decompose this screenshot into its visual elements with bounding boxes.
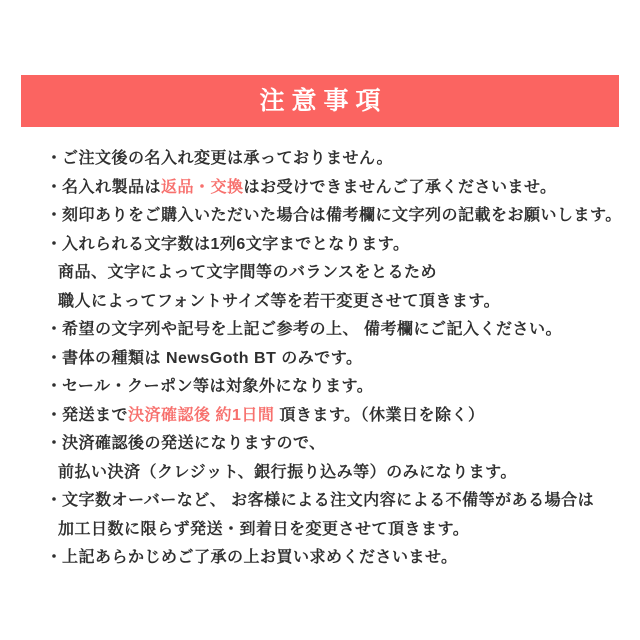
notice-text: 発送まで (62, 408, 128, 424)
notice-text: 入れられる文字数は1列6文字までとなります。 (62, 237, 410, 253)
notice-header-banner: 注意事項 (21, 75, 619, 127)
notice-item: ・名入れ製品は返品・交換はお受けできませんご了承くださいませ。 (46, 174, 621, 203)
notice-text: 商品、文字によって文字間等のバランスをとるため (58, 265, 437, 281)
notice-text-highlighted: 決済確認後 約1日間 (128, 408, 274, 424)
bullet-icon: ・ (46, 550, 62, 566)
notice-text: はお受けできませんご了承くださいませ。 (244, 180, 557, 196)
notice-text: 名入れ製品は (62, 180, 161, 196)
notice-text: 職人によってフォントサイズ等を若干変更させて頂きます。 (58, 294, 500, 310)
notice-item: ・刻印ありをご購入いただいた場合は備考欄に文字列の記載をお願いします。 (46, 202, 621, 231)
bullet-icon: ・ (46, 379, 62, 395)
notice-item: ・発送まで決済確認後 約1日間 頂きます。（休業日を除く） (46, 402, 621, 431)
notice-text: 書体の種類は NewsGoth BT のみです。 (62, 351, 363, 367)
notice-text: 前払い決済（クレジット、銀行振り込み等）のみになります。 (58, 465, 517, 481)
notice-text: 決済確認後の発送になりますので、 (62, 436, 326, 452)
notice-item: ・決済確認後の発送になりますので、 (46, 430, 621, 459)
bullet-icon: ・ (46, 493, 62, 509)
bullet-icon: ・ (46, 208, 62, 224)
notice-item: ・入れられる文字数は1列6文字までとなります。 (46, 231, 621, 260)
notice-item: ・ご注文後の名入れ変更は承っておりません。 (46, 145, 621, 174)
notice-text: 上記あらかじめご了承の上お買い求めくださいませ。 (62, 550, 458, 566)
bullet-icon: ・ (46, 322, 62, 338)
page-title: 注意事項 (252, 89, 387, 114)
bullet-icon: ・ (46, 408, 62, 424)
notice-text-highlighted: 返品・交換 (161, 180, 244, 196)
notice-item: ・セール・クーポン等は対象外になります。 (46, 373, 621, 402)
notice-item: ・文字数オーバーなど、 お客様による注文内容による不備等がある場合は (46, 487, 621, 516)
notice-page: 注意事項 ・ご注文後の名入れ変更は承っておりません。・名入れ製品は返品・交換はお… (0, 0, 640, 640)
notice-text: 刻印ありをご購入いただいた場合は備考欄に文字列の記載をお願いします。 (62, 208, 622, 224)
bullet-icon: ・ (46, 351, 62, 367)
notice-text: 頂きます。（休業日を除く） (274, 408, 484, 424)
notice-text: 文字数オーバーなど、 お客様による注文内容による不備等がある場合は (62, 493, 594, 509)
notice-item-continuation: 商品、文字によって文字間等のバランスをとるため (46, 259, 621, 288)
notice-text: 加工日数に限らず発送・到着日を変更させて頂きます。 (58, 522, 469, 538)
notice-item-continuation: 職人によってフォントサイズ等を若干変更させて頂きます。 (46, 288, 621, 317)
notice-item: ・上記あらかじめご了承の上お買い求めくださいませ。 (46, 544, 621, 573)
bullet-icon: ・ (46, 436, 62, 452)
notice-text: ご注文後の名入れ変更は承っておりません。 (62, 151, 393, 167)
notice-item: ・書体の種類は NewsGoth BT のみです。 (46, 345, 621, 374)
notice-list: ・ご注文後の名入れ変更は承っておりません。・名入れ製品は返品・交換はお受けできま… (46, 145, 621, 573)
notice-item-continuation: 加工日数に限らず発送・到着日を変更させて頂きます。 (46, 516, 621, 545)
notice-text: 希望の文字列や記号を上記ご参考の上、 備考欄にご記入ください。 (62, 322, 562, 338)
notice-item-continuation: 前払い決済（クレジット、銀行振り込み等）のみになります。 (46, 459, 621, 488)
notice-item: ・希望の文字列や記号を上記ご参考の上、 備考欄にご記入ください。 (46, 316, 621, 345)
bullet-icon: ・ (46, 180, 62, 196)
notice-text: セール・クーポン等は対象外になります。 (62, 379, 373, 395)
bullet-icon: ・ (46, 237, 62, 253)
bullet-icon: ・ (46, 151, 62, 167)
